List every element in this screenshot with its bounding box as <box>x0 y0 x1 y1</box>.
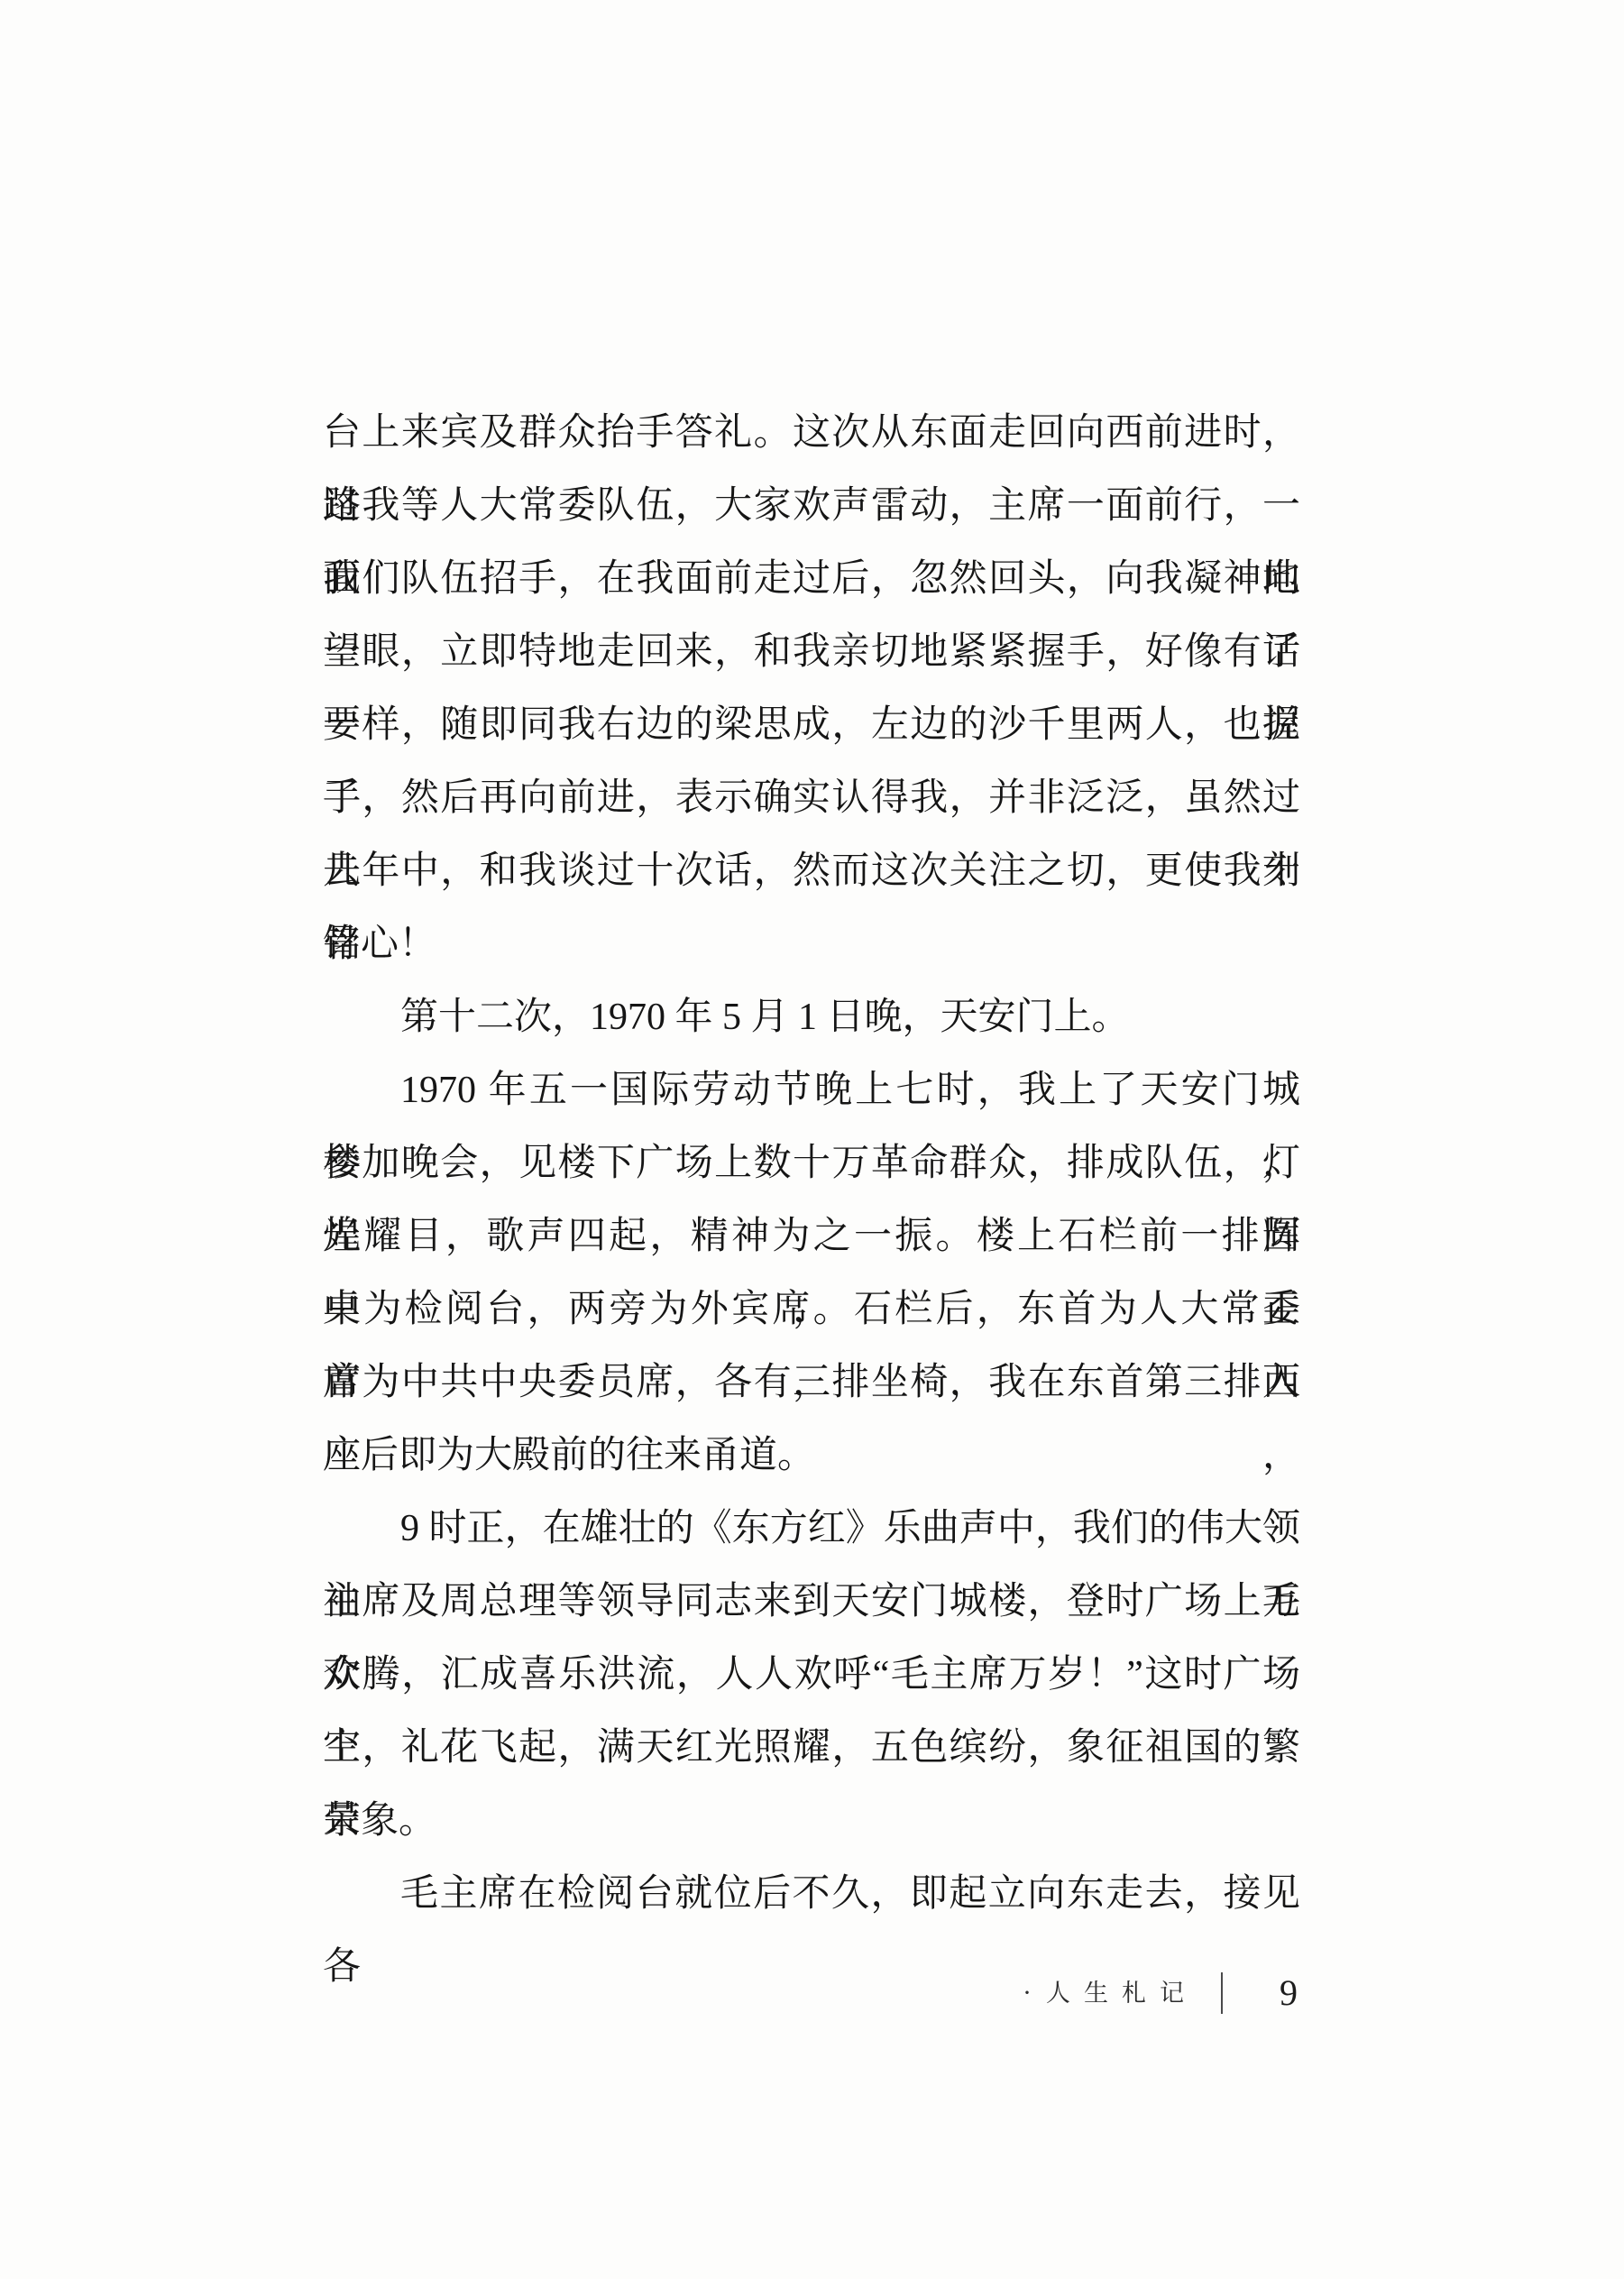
text-line: 几年中，和我谈过十次话，然而这次关注之切，更使我刻骨 <box>323 835 1300 908</box>
page-footer: · 人生札记 9 <box>323 1966 1306 2020</box>
text-line: 台上来宾及群众抬手答礼。这次从东面走回向西前进时，路 <box>323 397 1300 470</box>
footer-section-title: 人生札记 <box>1046 1966 1197 2020</box>
text-line: 首为中共中央委员席，各有三排坐椅，我在东首第三排入座， <box>323 1346 1300 1420</box>
text-line: 空，礼花飞起，满天红光照耀，五色缤纷，象征祖国的繁荣 <box>323 1712 1300 1785</box>
text-line-paragraph-end: 景象。 <box>323 1785 1300 1858</box>
text-line: 主席及周总理等领导同志来到天安门城楼，登时广场上万众 <box>323 1566 1300 1639</box>
footer-divider-line <box>1221 1972 1223 2014</box>
text-line: 欢腾，汇成喜乐洪流，人人欢呼“毛主席万岁！”这时广场上 <box>323 1639 1300 1712</box>
footer-page-number: 9 <box>1271 1966 1306 2020</box>
footer-bullet: · <box>1023 1966 1032 2020</box>
text-line: 一眼，立即特地走回来，和我亲切地紧紧握手，好像有话要说 <box>323 616 1300 689</box>
text-line-paragraph-start: 第十二次，1970 年 5 月 1 日晚，天安门上。 <box>323 981 1300 1054</box>
text-line: 手，然后再向前进，表示确实认得我，并非泛泛，虽然过去十 <box>323 762 1300 835</box>
text-line-paragraph-start: 毛主席在检阅台就位后不久，即起立向东走去，接见各 <box>323 1858 1300 1931</box>
page-text-block: 台上来宾及群众抬手答礼。这次从东面走回向西前进时，路 过我等人大常委队伍，大家欢… <box>323 397 1300 1931</box>
text-line: 一样，随即同我右边的梁思成，左边的沙千里两人，也握了 <box>323 689 1300 762</box>
text-line: 过我等人大常委队伍，大家欢声雷动，主席一面前行，一面向 <box>323 470 1300 543</box>
text-line: 参加晚会，见楼下广场上数十万革命群众，排成队伍，灯光辉 <box>323 1127 1300 1200</box>
text-line: 我们队伍招手，在我面前走过后，忽然回头，向我凝神地望了 <box>323 543 1300 616</box>
text-line-paragraph-start: 9 时正，在雄壮的《东方红》乐曲声中，我们的伟大领袖毛 <box>323 1493 1300 1566</box>
text-line-paragraph-end: 铭心！ <box>323 908 1300 981</box>
text-line: 煌耀目，歌声四起，精神为之一振。楼上石栏前一排圆桌，正 <box>323 1200 1300 1273</box>
book-page: 台上来宾及群众抬手答礼。这次从东面走回向西前进时，路 过我等人大常委队伍，大家欢… <box>0 0 1624 2279</box>
text-line: 中为检阅台，两旁为外宾席。石栏后，东首为人大常委席，西 <box>323 1273 1300 1346</box>
text-line-paragraph-start: 1970 年五一国际劳动节晚上七时，我上了天安门城楼， <box>323 1054 1300 1127</box>
